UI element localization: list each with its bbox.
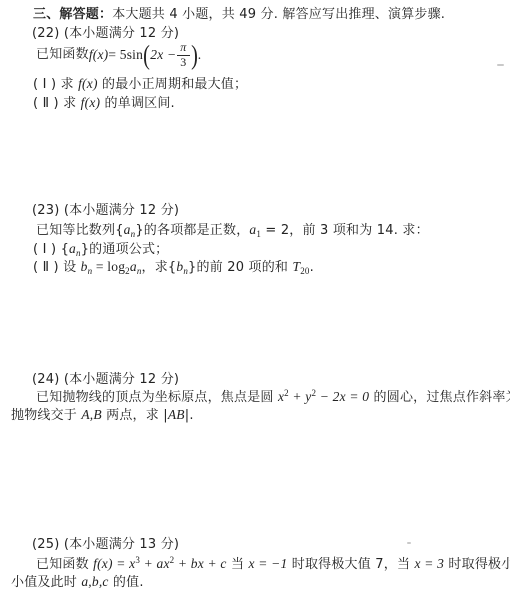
p23-q1-a1: ( Ⅰ ) { xyxy=(33,242,69,257)
p25-x-eq-3: x = 3 xyxy=(414,556,444,571)
problem-23-title: (23) (本小题满分 12 分) xyxy=(32,203,179,219)
problem-24-statement-line-1: 已知抛物线的顶点为坐标原点，焦点是圆 x2 + y2 − 2x = 0 的圆心，… xyxy=(36,389,510,406)
subscript-n: n xyxy=(137,266,142,276)
p25-l1-a3: 时取得极大值 7，当 xyxy=(287,557,414,572)
p23-q1-a2: }的通项公式； xyxy=(81,242,169,257)
p22-def-prefix: 已知函数 xyxy=(36,47,89,63)
subscript-1: 1 xyxy=(256,229,261,239)
problem-25-title: (25) (本小题满分 13 分) xyxy=(32,537,179,553)
problem-22-title: (22) (本小题满分 12 分) xyxy=(32,26,179,42)
problem-25-statement-line-2: 小值及此时 a,b,c 的值. xyxy=(11,574,144,591)
section-heading-text: 本大题共 4 小题，共 49 分. 解答应写出推理、演算步骤. xyxy=(112,7,445,22)
problem-22-part-2: ( Ⅱ ) 求 f(x) 的单调区间. xyxy=(33,95,175,112)
p23-l1-a2: }的各项都是正数， xyxy=(135,223,249,238)
p24-l2-a1: 抛物线交于 xyxy=(11,408,81,423)
p25-l1-a4: 时取得极小值，求 xyxy=(444,557,510,572)
p23-l1-a3: = 2，前 3 项和为 14. 求： xyxy=(261,223,429,238)
pi-over-3-fraction: π3 xyxy=(177,41,189,68)
p24-l2-a3: |. xyxy=(185,408,194,423)
p25-l2-a1: 小值及此时 xyxy=(11,575,81,590)
p23-q2-log: = log xyxy=(92,259,125,274)
problem-25-statement-line-1: 已知函数 f(x) = x3 + ax2 + bx + c 当 x = −1 时… xyxy=(36,556,510,573)
p23-l1-a-sub-n: a xyxy=(124,222,131,237)
p22-q2-post: 的单调区间. xyxy=(100,96,175,111)
p25-l2-a2: 的值. xyxy=(109,575,144,590)
problem-22-part-1: ( Ⅰ ) 求 f(x) 的最小正周期和最大值； xyxy=(33,76,247,93)
subscript-n: n xyxy=(183,266,188,276)
subscript-n: n xyxy=(76,248,81,258)
problem-24-title: (24) (本小题满分 12 分) xyxy=(32,372,179,388)
subscript-n: n xyxy=(88,266,93,276)
p23-q2-b-sub-n: b xyxy=(81,259,88,274)
scan-artifact xyxy=(407,542,411,544)
p22-def-fx: f(x) xyxy=(89,47,109,63)
problem-24-statement-line-2: 抛物线交于 A,B 两点，求 |AB|. xyxy=(11,407,194,424)
p22-q2-pre: ( Ⅱ ) 求 xyxy=(33,96,81,111)
p25-l1-a1: 已知函数 xyxy=(36,557,93,572)
p22-def-inner: 2x − xyxy=(150,47,176,63)
p25-x-eq-neg1: x = −1 xyxy=(248,556,287,571)
p25-abc: a,b,c xyxy=(81,574,108,589)
p24-circle-y: + y xyxy=(289,389,312,404)
superscript-3: 3 xyxy=(135,555,140,565)
fraction-numerator: π xyxy=(178,41,188,54)
p24-points-AB: A,B xyxy=(81,407,101,422)
close-paren: ) xyxy=(191,42,198,69)
problem-23-part-2: ( Ⅱ ) 设 bn = log2an，求{bn}的前 20 项的和 T20. xyxy=(33,259,314,276)
p25-bx-c: + bx + c xyxy=(174,556,226,571)
p22-def-eq: = 5 xyxy=(108,47,126,63)
superscript-2: 2 xyxy=(284,388,289,398)
p24-l1-a1: 已知抛物线的顶点为坐标原点，焦点是圆 xyxy=(36,390,278,405)
scan-artifact xyxy=(497,64,504,66)
section-heading: 三、解答题：本大题共 4 小题，共 49 分. 解答应写出推理、演算步骤. xyxy=(33,7,445,23)
p23-q2-period: . xyxy=(310,260,314,275)
p25-ax-squared: + ax xyxy=(140,556,170,571)
p24-segment-AB: AB xyxy=(168,407,185,422)
p23-q2-a3: ，求{ xyxy=(142,260,177,275)
p24-l1-a2: 的圆心，过焦点作斜率为 1 的直线与 xyxy=(369,390,510,405)
p22-def-sin: sin xyxy=(127,47,143,63)
p22-q1-post: 的最小正周期和最大值； xyxy=(98,77,248,92)
p23-l1-a1: 已知等比数列{ xyxy=(36,223,124,238)
p23-q2-a4: }的前 20 项的和 xyxy=(188,260,292,275)
p23-q2-a-sub-n: a xyxy=(130,259,137,274)
subscript-n: n xyxy=(131,229,136,239)
p25-fx-x-cubed: f(x) = x xyxy=(93,556,135,571)
p24-l2-a2: 两点，求 | xyxy=(102,408,168,423)
problem-22-function-definition: 已知函数 f(x) = 5sin(2x −π3). xyxy=(36,42,201,68)
p22-q2-fx: f(x) xyxy=(81,95,101,110)
fraction-denominator: 3 xyxy=(177,55,189,69)
open-paren: ( xyxy=(143,42,150,69)
p22-q1-pre: ( Ⅰ ) 求 xyxy=(33,77,78,92)
p23-q1-a-sub-n: a xyxy=(69,241,76,256)
p25-l1-a2: 当 xyxy=(227,557,249,572)
superscript-2: 2 xyxy=(312,388,317,398)
problem-23-statement: 已知等比数列{an}的各项都是正数，a1 = 2，前 3 项和为 14. 求： xyxy=(36,222,429,239)
superscript-2: 2 xyxy=(170,555,175,565)
p22-def-period: . xyxy=(198,47,202,63)
p22-q1-fx: f(x) xyxy=(78,76,98,91)
subscript-2: 2 xyxy=(125,266,130,276)
p24-circle-rest: − 2x = 0 xyxy=(316,389,369,404)
exam-document-page: 三、解答题：本大题共 4 小题，共 49 分. 解答应写出推理、演算步骤. (2… xyxy=(0,0,510,596)
p23-q2-a1: ( Ⅱ ) 设 xyxy=(33,260,81,275)
problem-23-part-1: ( Ⅰ ) {an}的通项公式； xyxy=(33,241,168,258)
section-heading-title: 三、解答题： xyxy=(33,7,112,22)
subscript-20: 20 xyxy=(300,266,309,276)
